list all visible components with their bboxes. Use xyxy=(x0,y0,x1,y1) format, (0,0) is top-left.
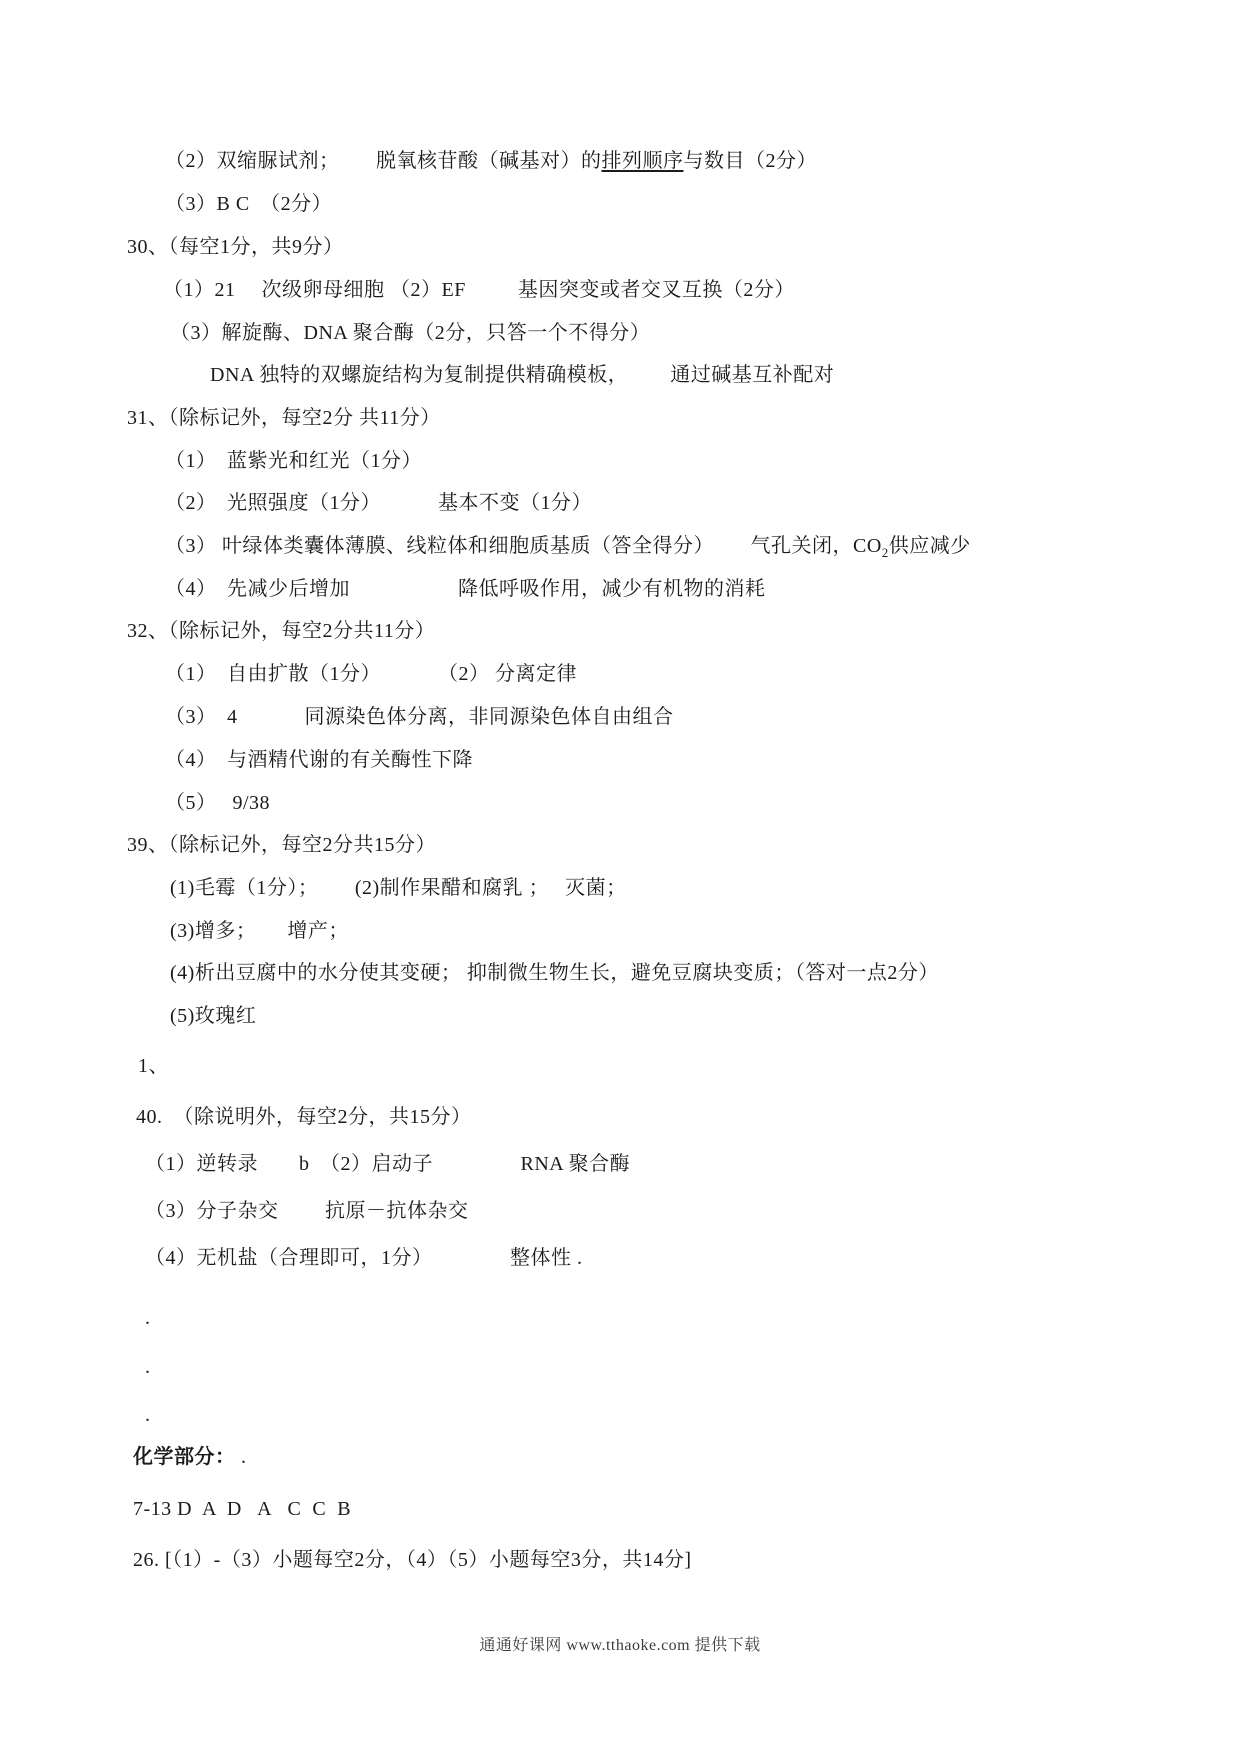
text-segment: （3）B C （2分） xyxy=(165,193,332,215)
text-segment: 7-13 D A D A C C B xyxy=(133,1498,351,1520)
watermark-footer: 通通好课网 www.tthaoke.com 提供下载 xyxy=(0,1632,1240,1655)
section-30-header: 30、（每空1分，共9分） xyxy=(127,234,344,261)
text-segment: （2） 光照强度（1分） 基本不变（1分） xyxy=(165,492,592,514)
text-segment: 32、（除标记外，每空2分共11分） xyxy=(127,620,435,642)
q30-3-answer-cont: DNA 独特的双螺旋结构为复制提供精确模板， 通过碱基互补配对 xyxy=(210,362,834,389)
text-segment: 排列顺序 xyxy=(602,150,684,172)
text-segment: （1） 蓝紫光和红光（1分） xyxy=(165,450,422,472)
q32-1-2-answer: （1） 自由扩散（1分） （2） 分离定律 xyxy=(165,661,577,688)
text-segment: . xyxy=(145,1307,151,1329)
text-segment: （4） 先减少后增加 降低呼吸作用，减少有机物的消耗 xyxy=(165,578,766,600)
q29-2-answer: （2）双缩脲试剂； 脱氧核苷酸（碱基对）的排列顺序与数目（2分） xyxy=(165,148,817,175)
text-segment: (3)增多； 增产； xyxy=(170,920,349,942)
q39-1-2-answer: (1)毛霉（1分）； (2)制作果醋和腐乳 ； 灭菌； xyxy=(170,875,627,902)
section-39-header: 39、（除标记外，每空2分共15分） xyxy=(127,832,436,859)
text-segment: （1）逆转录 b （2）启动子 RNA 聚合酶 xyxy=(145,1153,630,1175)
q31-3-answer: （3） 叶绿体类囊体薄膜、线粒体和细胞质基质（答全得分） 气孔关闭，CO2供应减… xyxy=(165,533,971,560)
text-segment: 40. （除说明外，每空2分，共15分） xyxy=(136,1106,472,1128)
text-segment: (4)析出豆腐中的水分使其变硬； 抑制微生物生长，避免豆腐块变质；（答对一点2分… xyxy=(170,962,939,984)
q30-1-2-answer: （1）21 次级卵母细胞 （2）EF 基因突变或者交叉互换（2分） xyxy=(163,277,795,304)
q32-3-answer: （3） 4 同源染色体分离，非同源染色体自由组合 xyxy=(165,704,674,731)
q32-5-answer: （5） 9/38 xyxy=(165,790,270,817)
text-segment: 26. [（1）-（3）小题每空2分，（4）（5）小题每空3分，共14分] xyxy=(133,1549,691,1571)
text-segment: （2）双缩脲试剂； 脱氧核苷酸（碱基对）的 xyxy=(165,150,602,172)
q39-4-answer: (4)析出豆腐中的水分使其变硬； 抑制微生物生长，避免豆腐块变质；（答对一点2分… xyxy=(170,960,939,987)
text-segment: 31、（除标记外，每空2分 共11分） xyxy=(127,407,441,429)
text-segment: 39、（除标记外，每空2分共15分） xyxy=(127,834,436,856)
text-segment: （3）解旋酶、DNA 聚合酶（2分，只答一个不得分） xyxy=(170,322,650,344)
chemistry-section-title: 化学部分： . xyxy=(133,1444,247,1471)
text-segment: （1） 自由扩散（1分） （2） 分离定律 xyxy=(165,663,577,685)
q31-4-answer: （4） 先减少后增加 降低呼吸作用，减少有机物的消耗 xyxy=(165,576,766,603)
q31-2-answer: （2） 光照强度（1分） 基本不变（1分） xyxy=(165,490,592,517)
q40-1-2-answer: （1）逆转录 b （2）启动子 RNA 聚合酶 xyxy=(145,1151,630,1178)
text-segment: （3） 叶绿体类囊体薄膜、线粒体和细胞质基质（答全得分） 气孔关闭，CO xyxy=(165,535,882,557)
text-segment: （3）分子杂交 抗原－抗体杂交 xyxy=(145,1200,469,1222)
text-segment: 与数目（2分） xyxy=(684,150,818,172)
chem-26-header: 26. [（1）-（3）小题每空2分，（4）（5）小题每空3分，共14分] xyxy=(133,1547,691,1574)
text-segment: (1)毛霉（1分）； (2)制作果醋和腐乳 ； 灭菌； xyxy=(170,877,627,899)
answer-key-document-page: （2）双缩脲试剂； 脱氧核苷酸（碱基对）的排列顺序与数目（2分）（3）B C （… xyxy=(0,0,1240,1754)
section-40-header: 40. （除说明外，每空2分，共15分） xyxy=(136,1104,472,1131)
q40-4-answer: （4）无机盐（合理即可，1分） 整体性 . xyxy=(145,1245,583,1272)
q29-3-answer: （3）B C （2分） xyxy=(165,191,332,218)
text-segment: 2 xyxy=(882,545,889,560)
section-31-header: 31、（除标记外，每空2分 共11分） xyxy=(127,405,441,432)
text-segment: （5） 9/38 xyxy=(165,792,270,814)
stray-dot: . xyxy=(145,1402,151,1429)
stray-item-1: 1、 xyxy=(138,1053,169,1080)
stray-dot: . xyxy=(145,1305,151,1332)
text-segment: 1、 xyxy=(138,1055,169,1077)
section-32-header: 32、（除标记外，每空2分共11分） xyxy=(127,618,435,645)
stray-dot: . xyxy=(145,1354,151,1381)
text-segment: 30、（每空1分，共9分） xyxy=(127,236,344,258)
text-segment: 化学部分： xyxy=(133,1446,236,1468)
q40-3-answer: （3）分子杂交 抗原－抗体杂交 xyxy=(145,1198,469,1225)
text-segment: . xyxy=(145,1404,151,1426)
q30-3-answer: （3）解旋酶、DNA 聚合酶（2分，只答一个不得分） xyxy=(170,320,650,347)
text-segment: 供应减少 xyxy=(889,535,971,557)
text-segment: （1）21 次级卵母细胞 （2）EF 基因突变或者交叉互换（2分） xyxy=(163,279,795,301)
chem-7-13-answers: 7-13 D A D A C C B xyxy=(133,1496,351,1523)
text-segment: (5)玫瑰红 xyxy=(170,1005,256,1027)
text-segment: （4）无机盐（合理即可，1分） 整体性 . xyxy=(145,1247,583,1269)
q39-5-answer: (5)玫瑰红 xyxy=(170,1003,256,1030)
text-segment: . xyxy=(236,1446,247,1468)
text-segment: （4） 与酒精代谢的有关酶性下降 xyxy=(165,749,473,771)
q39-3-answer: (3)增多； 增产； xyxy=(170,918,349,945)
text-segment: DNA 独特的双螺旋结构为复制提供精确模板， 通过碱基互补配对 xyxy=(210,364,834,386)
q31-1-answer: （1） 蓝紫光和红光（1分） xyxy=(165,448,422,475)
q32-4-answer: （4） 与酒精代谢的有关酶性下降 xyxy=(165,747,473,774)
text-segment: （3） 4 同源染色体分离，非同源染色体自由组合 xyxy=(165,706,674,728)
text-segment: . xyxy=(145,1356,151,1378)
